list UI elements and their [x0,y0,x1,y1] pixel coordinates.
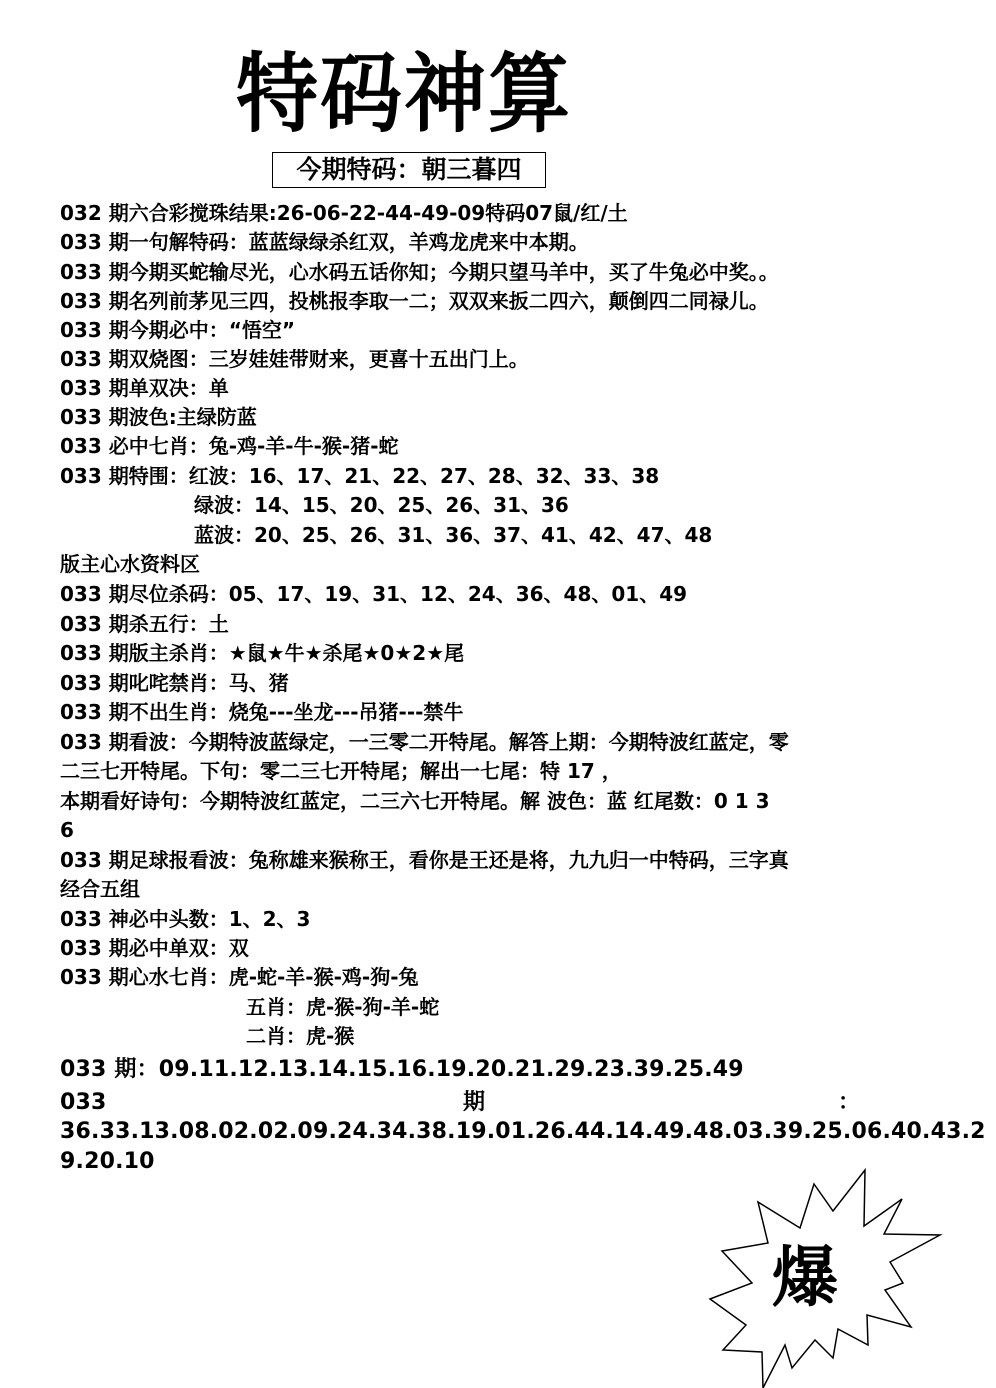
split-line-left: 033 [60,1090,107,1116]
text-line: 版主心水资料区 [60,551,200,577]
text-line: 9.20.10 [60,1149,155,1175]
text-line: 033 期足球报看波：兔称雄来猴称王，看你是王还是将，九九归一中特码，三字真 [60,847,789,873]
text-line: 绿波：14、15、20、25、26、31、36 [194,492,569,518]
text-line: 033 期今期买蛇输尽光，心水码五话你知；今期只望马羊中，买了牛兔必中奖。。 [60,259,779,285]
text-line: 五肖：虎-猴-狗-羊-蛇 [246,994,439,1020]
text-line: 033 期尽位杀码：05、17、19、31、12、24、36、48、01、49 [60,581,687,607]
text-line: 033 期今期必中：“悟空” [60,317,295,343]
text-line: 36.33.13.08.02.02.09.24.34.38.19.01.26.4… [60,1119,986,1145]
text-line: 033 期一句解特码：蓝蓝绿绿杀红双，羊鸡龙虎来中本期。 [60,229,589,255]
text-line: 033 神必中头数：1、2、3 [60,906,310,932]
text-line: 蓝波：20、25、26、31、36、37、41、42、47、48 [194,522,712,548]
text-line: 033 期：09.11.12.13.14.15.16.19.20.21.29.2… [60,1057,744,1083]
text-line: 033 期特围：红波：16、17、21、22、27、28、32、33、38 [60,463,659,489]
text-line: 033 期看波：今期特波蓝绿定，一三零二开特尾。解答上期：今期特波红蓝定，零 [60,729,789,755]
text-line: 6 [60,817,74,843]
text-line: 033 期单双决：单 [60,375,229,401]
text-line: 033 期不出生肖：烧兔---坐龙---吊猪---禁牛 [60,699,463,725]
text-line: 033 期杀五行：土 [60,611,229,637]
text-line: 032 期六合彩搅珠结果:26-06-22-44-49-09特码07鼠/红/土 [60,200,628,226]
text-line: 经合五组 [60,876,140,902]
text-line: 033 必中七肖：兔-鸡-羊-牛-猴-猪-蛇 [60,433,399,459]
text-line: 033 期名列前茅见三四，投桃报李取一二；双双来扳二四六，颠倒四二同禄儿。 [60,288,769,314]
text-line: 033 期双烧图：三岁娃娃带财来，更喜十五出门上。 [60,346,529,372]
starburst-icon [700,1165,980,1388]
text-line: 二三七开特尾。下句：零二三七开特尾；解出一七尾：特 17 ， [60,758,622,784]
text-line: 033 期波色:主绿防蓝 [60,404,257,430]
text-line: 033 期必中单双：双 [60,935,249,961]
page-title: 特码神算 [236,52,572,138]
split-line-right: ： [838,1090,860,1116]
text-line: 本期看好诗句：今期特波红蓝定，二三六七开特尾。解 波色：蓝 红尾数：0 1 3 [60,788,770,814]
text-line: 033 期心水七肖：虎-蛇-羊-猴-鸡-狗-兔 [60,964,419,990]
split-line-middle: 期 [463,1090,485,1116]
subtitle-box: 今期特码：朝三暮四 [272,152,546,188]
text-line: 033 期版主杀肖：★鼠★牛★杀尾★0★2★尾 [60,640,464,666]
burst-label: 爆 [772,1245,838,1311]
text-line: 二肖：虎-猴 [246,1023,354,1049]
text-line: 033 期叱咤禁肖：马、猪 [60,670,289,696]
